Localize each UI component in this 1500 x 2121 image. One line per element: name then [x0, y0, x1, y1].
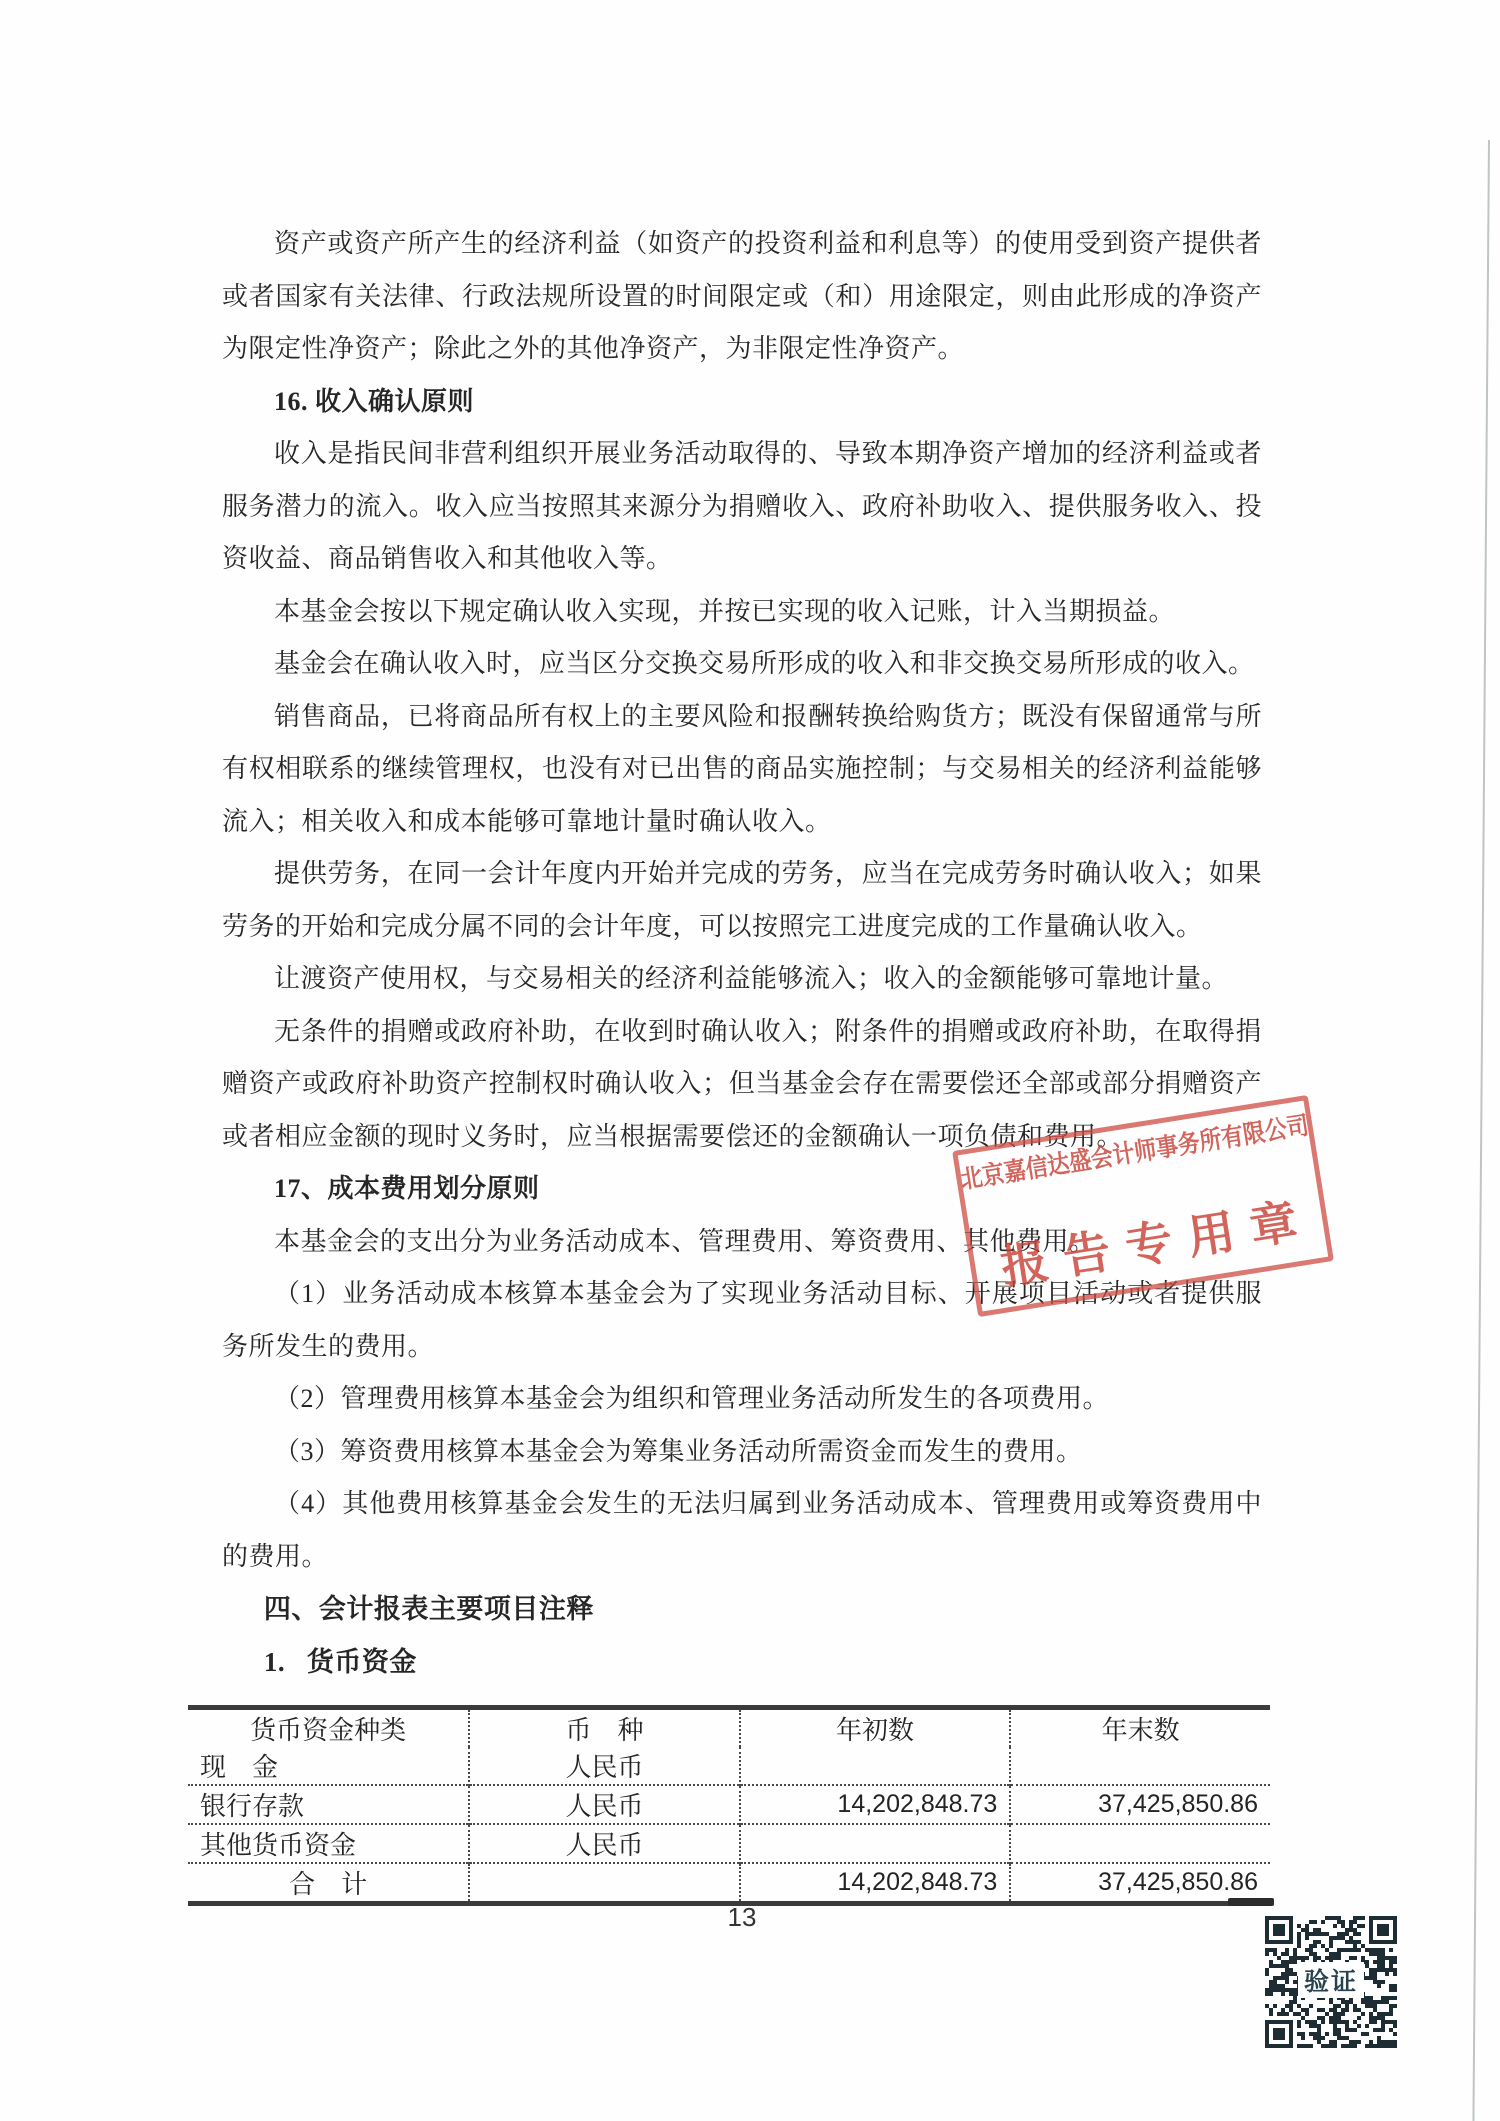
para-admin-expense: （2）管理费用核算本基金会为组织和管理业务活动所发生的各项费用。	[222, 1373, 1262, 1426]
heading-17-cost-division: 17、成本费用划分原则	[274, 1163, 1262, 1216]
table-header-row: 货币资金种类币 种年初数年末数	[188, 1708, 1270, 1748]
table-cell-3	[1010, 1824, 1270, 1863]
para-activity-cost: （1）业务活动成本核算本基金会为了实现业务活动目标、开展项目活动或者提供服务所发…	[222, 1268, 1262, 1373]
table-cell-0: 银行存款	[188, 1785, 469, 1824]
para-expense-categories: 本基金会的支出分为业务活动成本、管理费用、筹资费用、其他费用。	[222, 1216, 1262, 1269]
table-cell-2: 14,202,848.73	[740, 1785, 1011, 1824]
table-row: 现 金人民币	[188, 1747, 1270, 1785]
para-goods-sales: 销售商品，已将商品所有权上的主要风险和报酬转换给购货方；既没有保留通常与所有权相…	[222, 691, 1262, 849]
table-cell-3	[1010, 1747, 1270, 1785]
table-row: 合 计14,202,848.7337,425,850.86	[188, 1863, 1270, 1904]
para-revenue-booking: 本基金会按以下规定确认收入实现，并按已实现的收入记账，计入当期损益。	[222, 586, 1262, 639]
para-services: 提供劳务，在同一会计年度内开始并完成的劳务，应当在完成劳务时确认收入；如果劳务的…	[222, 848, 1262, 953]
table-cell-3: 37,425,850.86	[1010, 1785, 1270, 1824]
scan-artifact-line	[1472, 140, 1490, 2121]
para-revenue-definition: 收入是指民间非营利组织开展业务活动取得的、导致本期净资产增加的经济利益或者服务潜…	[222, 428, 1262, 586]
para-donations: 无条件的捐赠或政府补助，在收到时确认收入；附条件的捐赠或政府补助，在取得捐赠资产…	[222, 1006, 1262, 1164]
table-row: 银行存款人民币14,202,848.7337,425,850.86	[188, 1785, 1270, 1824]
table-col-header-1: 币 种	[469, 1708, 740, 1748]
table-cell-2	[740, 1747, 1011, 1785]
para-asset-use-rights: 让渡资产使用权，与交易相关的经济利益能够流入；收入的金额能够可靠地计量。	[222, 953, 1262, 1006]
para-exchange-vs-nonexchange: 基金会在确认收入时，应当区分交换交易所形成的收入和非交换交易所形成的收入。	[222, 638, 1262, 691]
table-col-header-2: 年初数	[740, 1708, 1011, 1748]
document-page: 资产或资产所产生的经济利益（如资产的投资利益和利息等）的使用受到资产提供者或者国…	[0, 0, 1500, 2121]
para-other-expense: （4）其他费用核算基金会发生的无法归属到业务活动成本、管理费用或筹资费用中的费用…	[222, 1478, 1262, 1583]
table-cell-1: 人民币	[469, 1747, 740, 1785]
heading-section4-notes: 四、会计报表主要项目注释	[264, 1583, 1262, 1636]
qr-code: 验证	[1265, 1916, 1397, 2048]
table-cell-1	[469, 1863, 740, 1904]
table-cell-0: 合 计	[188, 1863, 469, 1904]
table-cell-2	[740, 1824, 1011, 1863]
table-cell-2: 14,202,848.73	[740, 1863, 1011, 1904]
para-restricted-net-assets: 资产或资产所产生的经济利益（如资产的投资利益和利息等）的使用受到资产提供者或者国…	[222, 218, 1262, 376]
heading-1-monetary-funds: 1. 货币资金	[264, 1636, 1262, 1689]
table-cell-0: 其他货币资金	[188, 1824, 469, 1863]
qr-label: 验证	[1298, 1962, 1364, 1998]
heading-16-revenue-recognition: 16. 收入确认原则	[274, 376, 1262, 429]
table-col-header-3: 年末数	[1010, 1708, 1270, 1748]
para-fundraising-expense: （3）筹资费用核算本基金会为筹集业务活动所需资金而发生的费用。	[222, 1426, 1262, 1479]
page-number: 13	[222, 1902, 1262, 1933]
document-body: 资产或资产所产生的经济利益（如资产的投资利益和利息等）的使用受到资产提供者或者国…	[222, 218, 1262, 1688]
monetary-funds-table: 货币资金种类币 种年初数年末数 现 金人民币银行存款人民币14,202,848.…	[188, 1705, 1270, 1906]
table-col-header-0: 货币资金种类	[188, 1708, 469, 1748]
scan-artifact-corner	[1228, 1898, 1274, 1906]
table-row: 其他货币资金人民币	[188, 1824, 1270, 1863]
table-cell-1: 人民币	[469, 1785, 740, 1824]
table-cell-1: 人民币	[469, 1824, 740, 1863]
table-cell-0: 现 金	[188, 1747, 469, 1785]
